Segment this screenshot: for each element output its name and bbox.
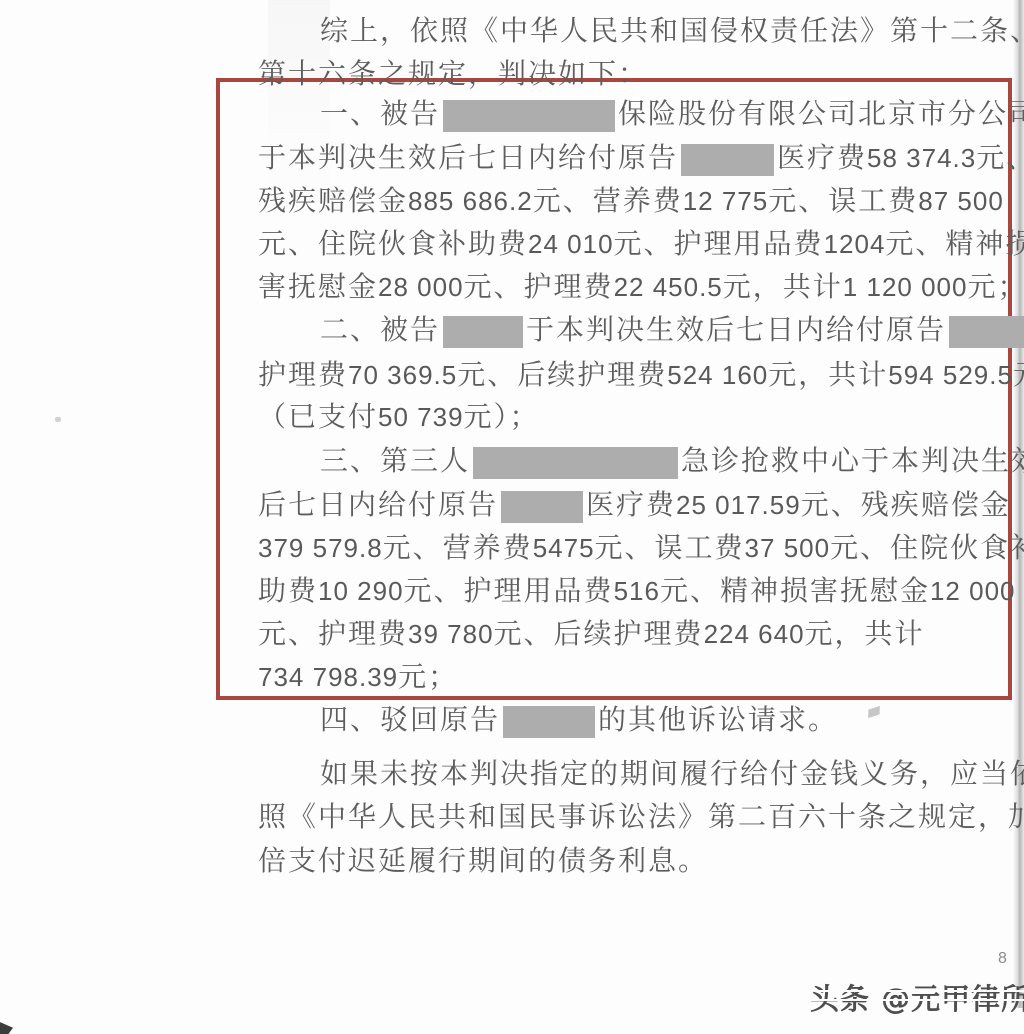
amount-text: 58 374.3 [867,143,976,173]
amount-text: 50 739 [378,402,464,432]
text-line: 助费10 290元、护理用品费516元、精神损害抚慰金12 000 [258,573,1016,609]
amount-text: 1204 [824,229,886,259]
text-line: 后七日内给付原告医疗费25 017.59元、残疾赔偿金 [258,487,1011,523]
text-segment: （已支付 [258,402,378,433]
redaction-box [443,100,615,132]
text-line: 三、第三人急诊抢救中心于本判决生效 [258,444,1024,480]
text-segment: 照《中华人民共和国民事诉讼法》第二百六十条之规定，加 [258,802,1024,833]
text-line: 于本判决生效后七日内给付原告医疗费58 374.3元、 [258,140,1024,176]
text-segment: 倍支付迟延履行期间的债务利息。 [258,846,708,877]
text-segment: 护理费 [258,360,348,391]
text-segment: 第十六条之规定，判决如下： [258,59,648,90]
text-segment: 元、护理费 [464,272,614,303]
text-segment: 元、误工费 [768,186,918,217]
amount-text: 12 000 [930,576,1016,606]
amount-text: 224 640 [704,619,805,649]
text-segment: 的其他诉讼请求。 [598,705,838,736]
amount-text: 24 010 [528,229,614,259]
redaction-box [681,144,774,176]
watermark-toutiao: 头条 @元甲律所 [810,977,1024,1018]
redaction-box [949,316,1024,348]
amount-text: 37 500 [745,533,831,563]
text-segment: 元）； [464,402,540,433]
text-line: 倍支付迟延履行期间的债务利息。 [258,844,708,880]
amount-text: 25 017.59 [676,490,801,520]
text-segment: 元、残疾赔偿金 [801,490,1011,521]
text-segment: 医疗费 [777,143,867,174]
text-line: 四、驳回原告的其他诉讼请求。 [258,703,838,739]
text-line: 照《中华人民共和国民事诉讼法》第二百六十条之规定，加 [258,800,1024,836]
text-segment: 四、驳回原告 [320,705,500,736]
text-line: 734 798.39元； [258,659,458,695]
scan-corner-mark [0,1020,13,1034]
text-segment: 急诊抢救中心于本判决生效 [681,446,1024,477]
text-segment: 元，共计 [768,360,888,391]
text-segment: 元、 [976,143,1024,174]
text-segment: 综上，依照《中华人民共和国侵权责任法》第十二条、 [320,16,1024,47]
redaction-box [473,447,678,479]
redaction-box [503,706,595,738]
text-line: 综上，依照《中华人民共和国侵权责任法》第十二条、 [258,14,1024,50]
judgment-text-block: 综上，依照《中华人民共和国侵权责任法》第十二条、第十六条之规定，判决如下：一、被… [258,0,1018,900]
text-line: 残疾赔偿金885 686.2元、营养费12 775元、误工费87 500 [258,183,1004,219]
text-segment: 元； [398,662,458,693]
text-line: 一、被告保险股份有限公司北京市分公司 [258,97,1024,133]
text-segment: 元、精神损 [885,229,1024,260]
scanned-judgment-page: 综上，依照《中华人民共和国侵权责任法》第十二条、第十六条之规定，判决如下：一、被… [0,0,1024,1034]
redaction-box [501,491,583,523]
text-line: 护理费70 369.5元、后续护理费524 160元，共计594 529.5元 [258,357,1024,393]
text-segment: 于本判决生效后七日内给付原告 [258,143,678,174]
text-segment: 元； [967,272,1024,303]
text-segment: 保险股份有限公司北京市分公司 [618,99,1024,130]
text-segment: 元、护理用品费 [404,576,614,607]
amount-text: 1 120 000 [843,272,968,302]
text-line: 第十六条之规定，判决如下： [258,57,648,93]
text-segment: 元、住院伙食补助费 [258,229,528,260]
text-segment: 元、精神损害抚慰金 [660,576,930,607]
text-segment: 残疾赔偿金 [258,186,408,217]
amount-text: 28 000 [378,272,464,302]
redaction-box [443,316,523,348]
amount-text: 12 775 [683,186,769,216]
amount-text: 5475 [533,533,595,563]
text-line: 二、被告于本判决生效后七日内给付原告 [258,313,1024,349]
scan-speckle [55,417,61,422]
text-segment: 医疗费 [586,490,676,521]
text-segment: 元 [1013,360,1024,391]
text-segment: 于本判决生效后七日内给付原告 [526,315,946,346]
text-segment: 元，共计 [805,619,925,650]
text-line: 元、住院伙食补助费24 010元、护理用品费1204元、精神损 [258,226,1024,262]
text-segment: 后七日内给付原告 [258,490,498,521]
text-line: 元、护理费39 780元、后续护理费224 640元，共计 [258,616,925,652]
text-segment: 如果未按本判决指定的期间履行给付金钱义务，应当依 [320,759,1024,790]
text-segment: 元、护理费 [258,619,408,650]
text-segment: 元、住院伙食补 [830,533,1024,564]
text-segment: 一、被告 [320,99,440,130]
amount-text: 87 500 [918,186,1004,216]
amount-text: 524 160 [667,360,768,390]
text-segment: 元、护理用品费 [614,229,824,260]
amount-text: 594 529.5 [888,360,1013,390]
amount-text: 70 369.5 [348,360,457,390]
text-line: 379 579.8元、营养费5475元、误工费37 500元、住院伙食补 [258,530,1024,566]
text-segment: 元，共计 [723,272,843,303]
amount-text: 885 686.2 [408,186,533,216]
amount-text: 734 798.39 [258,662,398,692]
page-number: 8 [998,950,1007,968]
text-segment: 三、第三人 [320,446,470,477]
text-segment: 元、营养费 [533,186,683,217]
text-segment: 元、后续护理费 [457,360,667,391]
text-segment: 元、后续护理费 [494,619,704,650]
amount-text: 39 780 [408,619,494,649]
amount-text: 22 450.5 [614,272,723,302]
text-segment: 害抚慰金 [258,272,378,303]
text-line: 害抚慰金28 000元、护理费22 450.5元，共计1 120 000元； [258,269,1024,305]
text-segment: 助费 [258,576,318,607]
text-line: （已支付50 739元）； [258,399,540,435]
text-segment: 元、误工费 [595,533,745,564]
amount-text: 10 290 [318,576,404,606]
text-line: 如果未按本判决指定的期间履行给付金钱义务，应当依 [258,757,1024,793]
amount-text: 516 [614,576,660,606]
text-segment: 二、被告 [320,315,440,346]
amount-text: 379 579.8 [258,533,383,563]
text-segment: 元、营养费 [383,533,533,564]
